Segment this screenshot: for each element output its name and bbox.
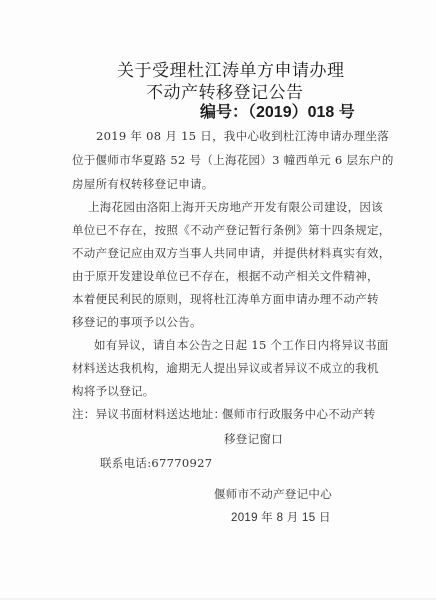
paragraph-1-line-3: 房屋所有权转移登记申请。 bbox=[72, 176, 214, 192]
paragraph-2-line-4: 由于原开发建设单位已不存在，根据不动产相关文件精神， bbox=[72, 268, 379, 284]
paragraph-1-line-1: 2019 年 08 月 15 日，我中心收到杜江涛申请办理坐落 bbox=[96, 128, 389, 144]
notice-document: 关于受理杜江涛单方申请办理 不动产转移登记公告 编号：（2019）018 号 2… bbox=[0, 0, 436, 600]
note-address-line-2: 移登记窗口 bbox=[224, 431, 283, 447]
paragraph-3-line-3: 构将予以登记。 bbox=[72, 383, 155, 399]
paragraph-3-line-1: 如有异议，请自本公告之日起 15 个工作日内将异议书面 bbox=[94, 337, 389, 353]
paragraph-3-line-2: 材料送达我机构，逾期无人提出异议或者异议不成立的我机 bbox=[72, 360, 379, 376]
note-address-line-1: 偃师市行政服务中心不动产转 bbox=[222, 406, 375, 422]
paragraph-2-line-3: 不动产登记应由双方当事人共同申请，并提供材料真实有效， bbox=[72, 245, 391, 261]
signature-organization: 偃师市不动产登记中心 bbox=[214, 486, 332, 502]
paragraph-2-line-5: 本着便民利民的原则，现将杜江涛单方面申请办理不动产转 bbox=[72, 291, 379, 307]
contact-phone: 联系电话:67770927 bbox=[100, 455, 212, 471]
notice-number: 编号：（2019）018 号 bbox=[200, 99, 355, 122]
paragraph-2-line-6: 移登记的事项予以公告。 bbox=[72, 314, 202, 330]
paragraph-2-line-2: 单位已不存在，按照《不动产登记暂行条例》第十四条规定， bbox=[72, 222, 391, 238]
note-label: 注：异议书面材料送达地址： bbox=[72, 406, 225, 422]
signature-date: 2019 年 8 月 15 日 bbox=[231, 509, 331, 525]
paragraph-2-line-1: 上海花园由洛阳上海开天房地产开发有限公司建设，因该 bbox=[88, 199, 383, 215]
paragraph-1-line-2: 位于偃师市华夏路 52 号（上海花园）3 幢西单元 6 层东户的 bbox=[72, 152, 394, 168]
